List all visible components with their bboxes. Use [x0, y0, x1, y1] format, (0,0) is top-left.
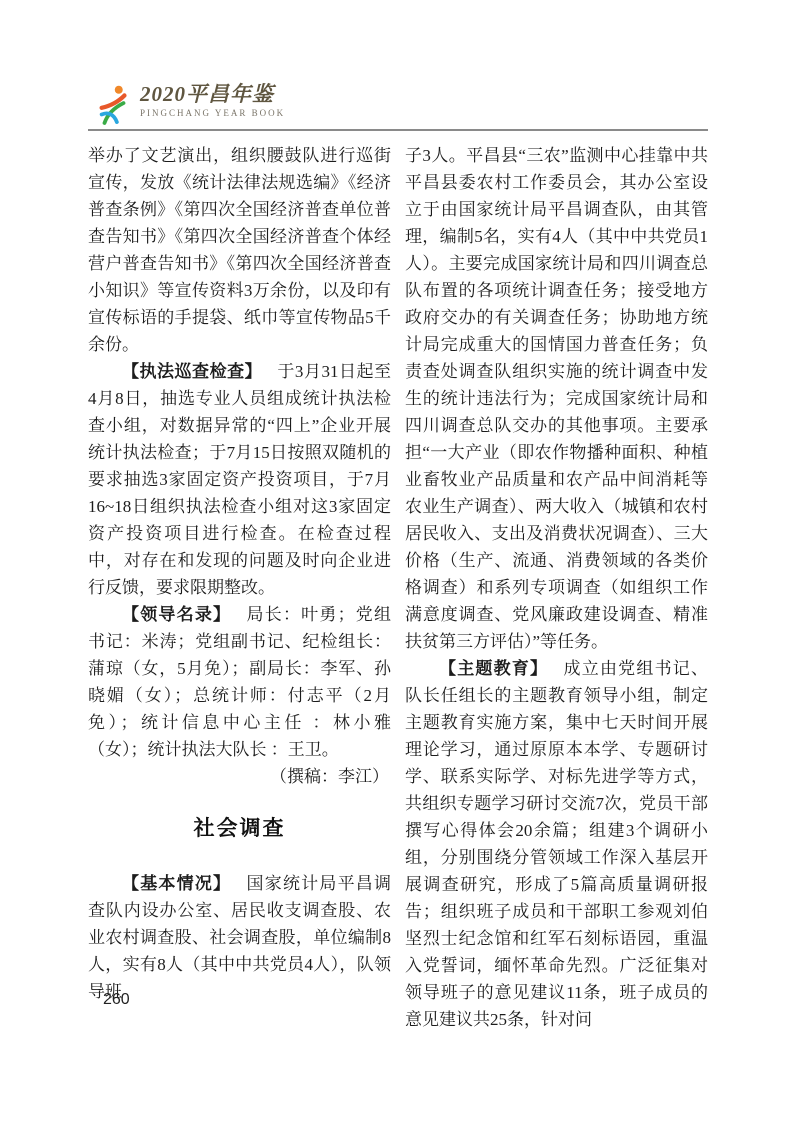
paragraph-continuation: 子3人。平昌县“三农”监测中心挂靠中共平昌县委农村工作委员会，其办公室设立于由国…	[405, 142, 708, 655]
entry-text: 国家统计局平昌调查队内设办公室、居民收支调查股、农业农村调查股、社会调查股，单位…	[88, 874, 391, 1001]
section-title-social-survey: 社会调查	[88, 815, 391, 843]
entry-text: 局长：叶勇；党组书记：米涛；党组副书记、纪检组长：蒲琼（女，5月免）；副局长：李…	[88, 605, 391, 759]
entry-text: 于3月31日起至4月8日，抽选专业人员组成统计执法检查小组，对数据异常的“四上”…	[88, 362, 391, 597]
entry-label: 【主题教育】	[439, 659, 548, 678]
entry-leader-roster: 【领导名录】局长：叶勇；党组书记：米涛；党组副书记、纪检组长：蒲琼（女，5月免）…	[88, 601, 391, 763]
page-number: 260	[103, 991, 130, 1009]
yearbook-subtitle: PINGCHANG YEAR BOOK	[140, 108, 285, 118]
entry-text: 成立由党组书记、队长任组长的主题教育领导小组，制定主题教育实施方案，集中七天时间…	[405, 659, 708, 1029]
entry-label: 【执法巡查检查】	[122, 362, 262, 381]
byline-author: （撰稿：李江）	[88, 763, 391, 790]
entry-label: 【基本情况】	[122, 874, 231, 893]
page-body: 举办了文艺演出，组织腰鼓队进行巡街宣传，发放《统计法律法规选编》《经济普查条例》…	[88, 142, 708, 1033]
yearbook-page: 2020平昌年鉴 PINGCHANG YEAR BOOK 举办了文艺演出，组织腰…	[0, 0, 793, 1122]
paragraph-continuation: 举办了文艺演出，组织腰鼓队进行巡街宣传，发放《统计法律法规选编》《经济普查条例》…	[88, 142, 391, 358]
yearbook-title: 2020平昌年鉴	[140, 82, 285, 106]
left-column: 举办了文艺演出，组织腰鼓队进行巡街宣传，发放《统计法律法规选编》《经济普查条例》…	[88, 142, 391, 1033]
right-column: 子3人。平昌县“三农”监测中心挂靠中共平昌县委农村工作委员会，其办公室设立于由国…	[405, 142, 708, 1033]
yearbook-logo-icon	[95, 83, 133, 125]
page-header: 2020平昌年鉴 PINGCHANG YEAR BOOK	[95, 82, 285, 125]
header-divider	[88, 129, 708, 131]
entry-label: 【领导名录】	[122, 605, 231, 624]
header-title-block: 2020平昌年鉴 PINGCHANG YEAR BOOK	[140, 82, 285, 118]
entry-law-enforcement-inspection: 【执法巡查检查】于3月31日起至4月8日，抽选专业人员组成统计执法检查小组，对数…	[88, 358, 391, 601]
entry-theme-education: 【主题教育】成立由党组书记、队长任组长的主题教育领导小组，制定主题教育实施方案，…	[405, 655, 708, 1033]
entry-basic-situation: 【基本情况】国家统计局平昌调查队内设办公室、居民收支调查股、农业农村调查股、社会…	[88, 870, 391, 1005]
